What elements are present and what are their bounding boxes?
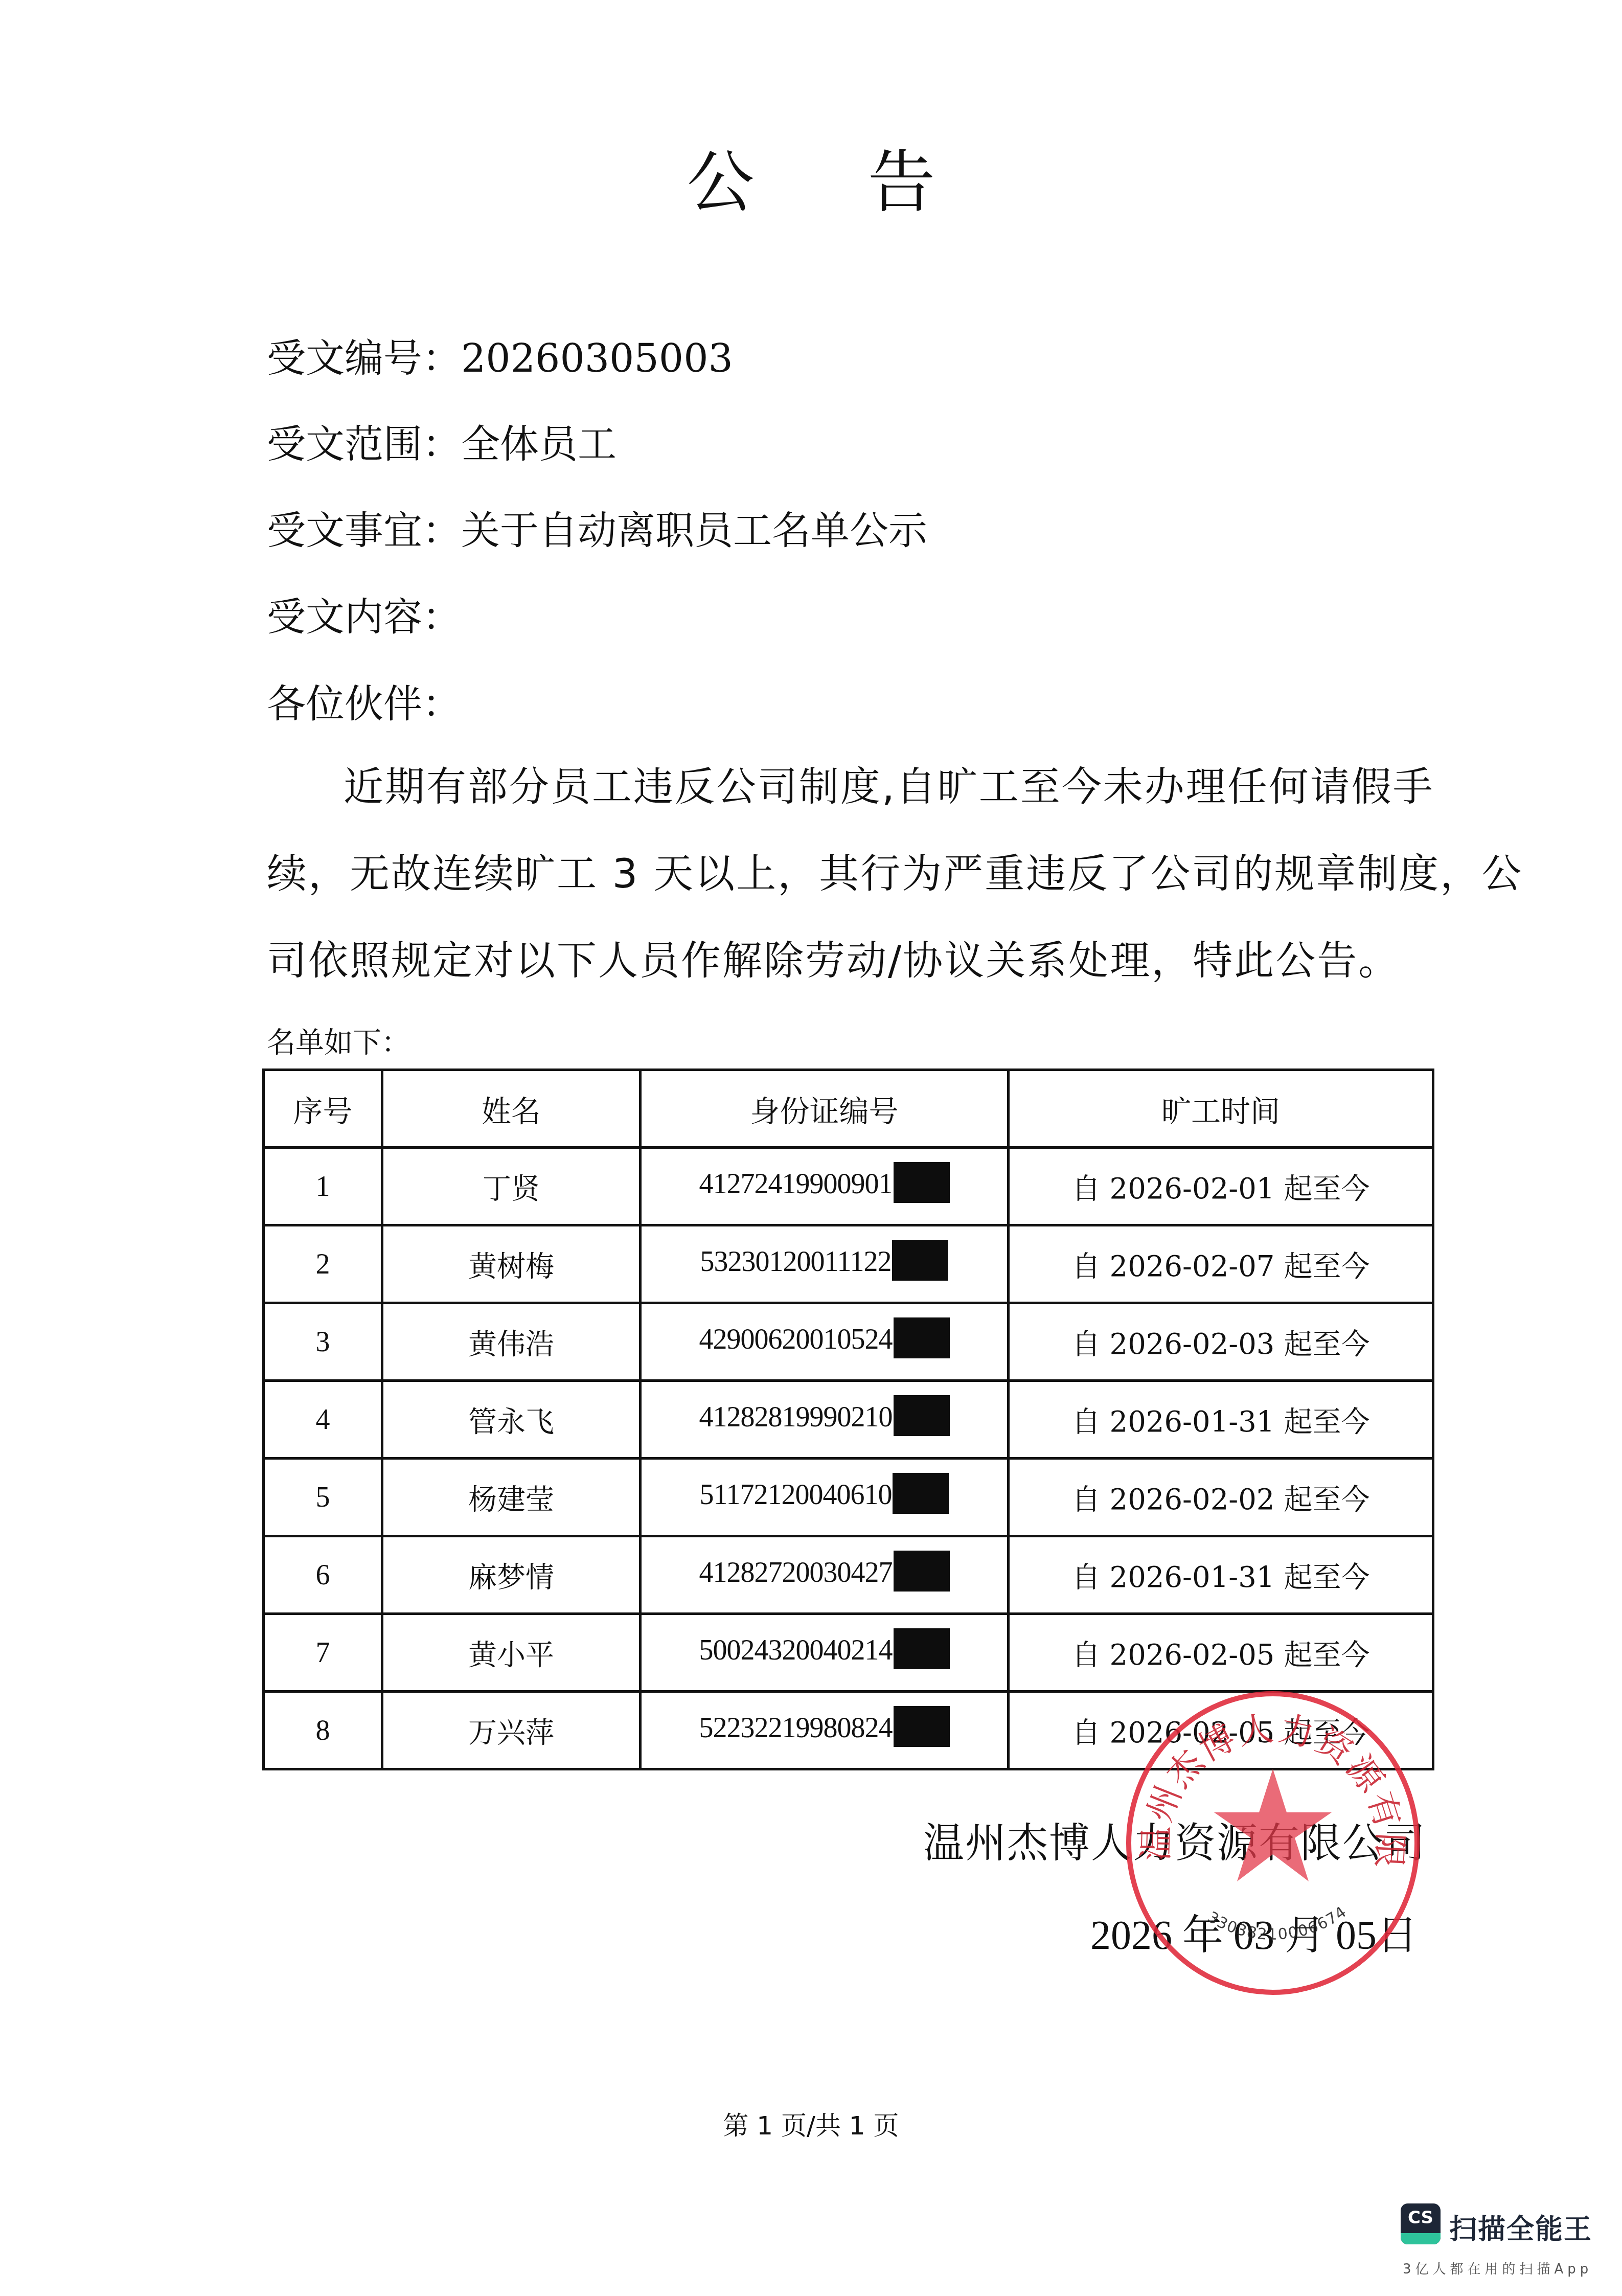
salutation: 各位伙伴： (267, 673, 461, 729)
redaction-block (894, 1162, 950, 1203)
body-line: 近期有部分员工违反公司制度,自旷工至今未办理任何请假手 (267, 744, 1427, 831)
header-id: 身份证编号 (641, 1070, 1009, 1148)
body-paragraph: 近期有部分员工违反公司制度,自旷工至今未办理任何请假手 续，无故连续旷工 3 天… (267, 744, 1427, 1005)
field-label: 受文内容： (267, 594, 461, 640)
cell-id-number: 42900620010524 (641, 1303, 1009, 1381)
cell-name: 黄树梅 (382, 1225, 641, 1303)
cell-absence-time: 自2026-02-05起至今 (1009, 1614, 1433, 1692)
sign-day-unit: 日 (1377, 1911, 1418, 1959)
redaction-block (894, 1395, 950, 1436)
camscanner-watermark: CS 扫描全能王 3亿人都在用的扫描App (1401, 2203, 1615, 2290)
id-visible-digits: 42900620010524 (699, 1323, 893, 1355)
cell-id-number: 51172120040610 (641, 1459, 1009, 1536)
header-seq: 序号 (264, 1070, 382, 1148)
table-row: 5杨建莹51172120040610自2026-02-02起至今 (264, 1459, 1433, 1536)
time-suffix: 起至今 (1284, 1250, 1369, 1283)
cell-name: 麻梦情 (382, 1536, 641, 1614)
id-visible-digits: 41272419900901 (699, 1168, 893, 1199)
table-row: 8万兴萍52232219980824自2026-02-05起至今 (264, 1692, 1433, 1769)
page-number: 第 1 页/共 1 页 (0, 2105, 1622, 2142)
badge-accent-bar (1401, 2233, 1441, 2244)
time-suffix: 起至今 (1284, 1639, 1369, 1672)
cell-name: 杨建莹 (382, 1459, 641, 1536)
app-tagline: 3亿人都在用的扫描App (1403, 2259, 1592, 2278)
time-suffix: 起至今 (1284, 1716, 1369, 1749)
company-name: 温州杰博人力资源有限公司 (923, 1810, 1426, 1869)
cell-absence-time: 自2026-02-02起至今 (1009, 1459, 1433, 1536)
redaction-block (894, 1317, 950, 1358)
time-prefix: 自 (1072, 1561, 1101, 1594)
id-visible-digits: 53230120011122 (700, 1245, 892, 1277)
field-doc-number: 受文编号：20260305003 (267, 327, 733, 383)
header-name: 姓名 (382, 1070, 641, 1148)
time-prefix: 自 (1072, 1405, 1101, 1439)
absence-start-date: 2026-02-07 (1110, 1250, 1275, 1283)
field-subject: 受文事宜：关于自动离职员工名单公示 (267, 499, 927, 555)
time-suffix: 起至今 (1284, 1172, 1369, 1206)
table-header-row: 序号 姓名 身份证编号 旷工时间 (264, 1070, 1433, 1148)
cell-id-number: 41282819990210 (641, 1381, 1009, 1459)
id-visible-digits: 41282720030427 (699, 1556, 893, 1588)
sign-year: 2026 (1090, 1913, 1172, 1958)
cell-seq: 6 (264, 1536, 382, 1614)
table-row: 1丁贤41272419900901自2026-02-01起至今 (264, 1148, 1433, 1225)
absence-start-date: 2026-01-31 (1110, 1405, 1275, 1439)
cell-absence-time: 自2026-02-01起至今 (1009, 1148, 1433, 1225)
time-suffix: 起至今 (1284, 1328, 1369, 1361)
redaction-block (893, 1473, 949, 1514)
cell-absence-time: 自2026-02-07起至今 (1009, 1225, 1433, 1303)
table-row: 4管永飞41282819990210自2026-01-31起至今 (264, 1381, 1433, 1459)
id-visible-digits: 52232219980824 (699, 1712, 893, 1743)
document-page: 公 告 受文编号：20260305003 受文范围：全体员工 受文事宜：关于自动… (0, 0, 1622, 2296)
cell-id-number: 53230120011122 (641, 1225, 1009, 1303)
time-suffix: 起至今 (1284, 1405, 1369, 1439)
field-value: 关于自动离职员工名单公示 (461, 508, 927, 553)
time-prefix: 自 (1072, 1172, 1101, 1206)
cell-seq: 3 (264, 1303, 382, 1381)
cell-seq: 1 (264, 1148, 382, 1225)
absence-start-date: 2026-02-05 (1110, 1639, 1275, 1672)
app-name: 扫描全能王 (1449, 2208, 1592, 2247)
cell-name: 丁贤 (382, 1148, 641, 1225)
id-visible-digits: 50024320040214 (699, 1634, 893, 1666)
time-suffix: 起至今 (1284, 1561, 1369, 1594)
redaction-block (892, 1240, 948, 1281)
time-prefix: 自 (1072, 1716, 1101, 1749)
time-prefix: 自 (1072, 1483, 1101, 1516)
field-value: 全体员工 (461, 421, 616, 467)
redaction-block (894, 1551, 950, 1592)
absentee-table: 序号 姓名 身份证编号 旷工时间 1丁贤41272419900901自2026-… (262, 1069, 1434, 1770)
absence-start-date: 2026-02-02 (1110, 1483, 1275, 1516)
cell-seq: 4 (264, 1381, 382, 1459)
table-row: 3黄伟浩42900620010524自2026-02-03起至今 (264, 1303, 1433, 1381)
time-prefix: 自 (1072, 1328, 1101, 1361)
body-line: 续，无故连续旷工 3 天以上，其行为严重违反了公司的规章制度，公 (267, 831, 1427, 918)
id-visible-digits: 41282819990210 (699, 1401, 893, 1433)
sign-year-unit: 年 (1182, 1911, 1223, 1959)
header-absence-time: 旷工时间 (1009, 1070, 1433, 1148)
cell-absence-time: 自2026-02-03起至今 (1009, 1303, 1433, 1381)
table-row: 6麻梦情41282720030427自2026-01-31起至今 (264, 1536, 1433, 1614)
sign-date: 2026 年 03 月 05日 (1090, 1902, 1418, 1961)
redaction-block (894, 1628, 950, 1669)
field-scope: 受文范围：全体员工 (267, 413, 616, 469)
absence-start-date: 2026-01-31 (1110, 1561, 1275, 1594)
time-prefix: 自 (1072, 1250, 1101, 1283)
list-intro: 名单如下： (267, 1020, 410, 1061)
cell-seq: 2 (264, 1225, 382, 1303)
cell-name: 管永飞 (382, 1381, 641, 1459)
time-prefix: 自 (1072, 1639, 1101, 1672)
cell-seq: 5 (264, 1459, 382, 1536)
badge-text: CS (1401, 2208, 1441, 2228)
cell-id-number: 52232219980824 (641, 1692, 1009, 1769)
cell-absence-time: 自2026-02-05起至今 (1009, 1692, 1433, 1769)
absence-start-date: 2026-02-05 (1110, 1716, 1275, 1749)
sign-month-unit: 月 (1285, 1911, 1326, 1959)
cell-id-number: 41282720030427 (641, 1536, 1009, 1614)
cell-name: 万兴萍 (382, 1692, 641, 1769)
cell-seq: 7 (264, 1614, 382, 1692)
cell-name: 黄伟浩 (382, 1303, 641, 1381)
absence-start-date: 2026-02-01 (1110, 1172, 1275, 1206)
cell-name: 黄小平 (382, 1614, 641, 1692)
body-line: 司依照规定对以下人员作解除劳动/协议关系处理，特此公告。 (267, 918, 1427, 1005)
cell-seq: 8 (264, 1692, 382, 1769)
cell-absence-time: 自2026-01-31起至今 (1009, 1381, 1433, 1459)
field-label: 受文事宜： (267, 508, 461, 553)
field-content: 受文内容： (267, 586, 461, 642)
table-row: 2黄树梅53230120011122自2026-02-07起至今 (264, 1225, 1433, 1303)
field-label: 受文编号： (267, 335, 461, 381)
absence-start-date: 2026-02-03 (1110, 1328, 1275, 1361)
field-label: 受文范围： (267, 421, 461, 467)
sign-day: 05 (1336, 1913, 1377, 1958)
redaction-block (894, 1706, 950, 1747)
sign-month: 03 (1233, 1913, 1274, 1958)
cell-id-number: 41272419900901 (641, 1148, 1009, 1225)
cell-id-number: 50024320040214 (641, 1614, 1009, 1692)
camscanner-logo-icon: CS (1401, 2203, 1441, 2244)
document-title: 公 告 (0, 128, 1622, 225)
table-row: 7黄小平50024320040214自2026-02-05起至今 (264, 1614, 1433, 1692)
field-value: 20260305003 (461, 335, 733, 381)
cell-absence-time: 自2026-01-31起至今 (1009, 1536, 1433, 1614)
id-visible-digits: 51172120040610 (700, 1479, 892, 1510)
time-suffix: 起至今 (1284, 1483, 1369, 1516)
